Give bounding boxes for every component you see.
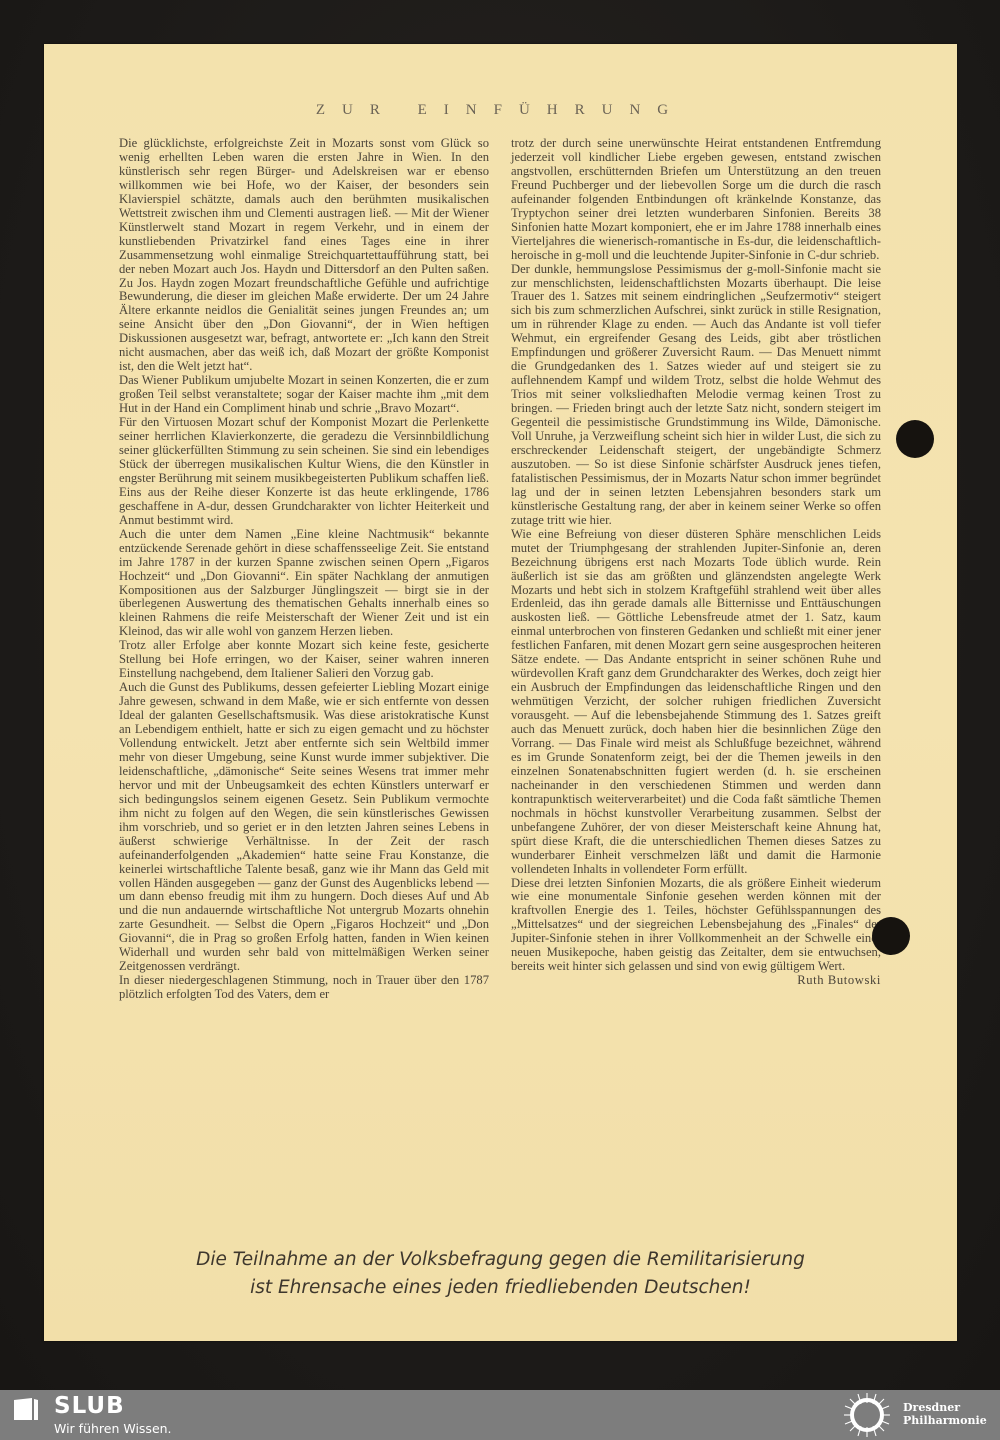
punch-hole <box>896 420 934 458</box>
punch-hole <box>872 917 910 955</box>
document-page: ZUR EINFÜHRUNG Die glücklichste, erfolgr… <box>44 44 957 1341</box>
paragraph: Auch die Gunst des Publikums, dessen gef… <box>119 681 489 974</box>
slogan: Die Teilnahme an der Volksbefragung gege… <box>44 1246 957 1302</box>
paragraph: Das Wiener Publikum umjubelte Mozart in … <box>119 374 489 416</box>
book-icon <box>14 1398 40 1420</box>
slogan-line-1: Die Teilnahme an der Volksbefragung gege… <box>44 1246 957 1274</box>
sunburst-ring-icon <box>842 1392 892 1438</box>
slub-tagline: Wir führen Wissen. <box>54 1421 172 1436</box>
paragraph: Die glücklichste, erfolgreichste Zeit in… <box>119 137 489 374</box>
philharmonie-name[interactable]: Dresdner Philharmonie <box>903 1401 987 1427</box>
paragraph: Der dunkle, hemmungslose Pessimismus der… <box>511 263 881 528</box>
philharmonie-name-line-1: Dresdner <box>903 1401 987 1414</box>
slub-name[interactable]: SLUB <box>54 1393 125 1419</box>
paragraph: Trotz aller Erfolge aber konnte Mozart s… <box>119 639 489 681</box>
paragraph: Auch die unter dem Namen „Eine kleine Na… <box>119 528 489 640</box>
paragraph: trotz der durch seine unerwünschte Heira… <box>511 137 881 263</box>
left-column: Die glücklichste, erfolgreichste Zeit in… <box>119 137 489 1002</box>
philharmonie-name-line-2: Philharmonie <box>903 1414 987 1427</box>
right-column: trotz der durch seine unerwünschte Heira… <box>511 137 881 988</box>
paragraph: Für den Virtuosen Mozart schuf der Kompo… <box>119 416 489 528</box>
paragraph: Wie eine Befreiung von dieser düsteren S… <box>511 528 881 877</box>
paragraph: In dieser niedergeschlagenen Stimmung, n… <box>119 974 489 1002</box>
slogan-line-2: ist Ehrensache eines jeden friedliebende… <box>44 1274 957 1302</box>
page-heading: ZUR EINFÜHRUNG <box>44 102 957 119</box>
paragraph: Diese drei letzten Sinfonien Mozarts, di… <box>511 877 881 975</box>
footer-bar: SLUB Wir führen Wissen. Dresdner Philhar… <box>0 1390 1000 1440</box>
author-signature: Ruth Butowski <box>511 974 881 988</box>
